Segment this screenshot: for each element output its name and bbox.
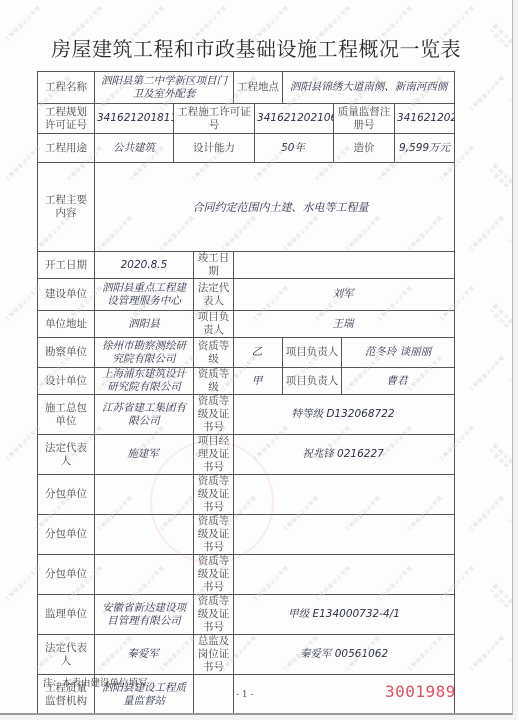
watermark-text: 工程信息公示专用 xyxy=(467,354,506,393)
watermark-text: 工程信息公示专用 xyxy=(487,438,513,470)
row-dates: 开工日期 2020.8.5 竣工日期 xyxy=(38,252,455,279)
label-unit-address: 单位地址 xyxy=(38,311,95,338)
value-gc-manager-cert: 祝兆锋 0216227 xyxy=(234,435,455,475)
value-construction-permit: 341621202106010101 xyxy=(255,104,334,134)
value-survey-unit: 徐州市勘察测绘研究院有限公司 xyxy=(95,338,194,368)
watermark-text: 工程信息公示专用 xyxy=(487,298,513,330)
watermark-text: 工程信息公示专用 xyxy=(506,376,513,420)
label-planning-permit: 工程规划许可证号 xyxy=(38,104,95,134)
label-subcontractor-3: 分包单位 xyxy=(38,555,95,595)
label-survey-grade: 资质等级 xyxy=(194,338,234,368)
serial-number: 3001989 xyxy=(385,682,456,701)
value-general-contractor: 江苏省建工集团有限公司 xyxy=(95,395,194,435)
value-survey-grade: 乙 xyxy=(234,338,283,368)
watermark-text: 工程信息公示专用 xyxy=(506,96,513,140)
value-subcontractor-1-cert xyxy=(234,475,455,515)
value-quality-registration: 3416212020201 xyxy=(395,104,455,134)
watermark-text: 工程信息公示专用 xyxy=(467,214,506,253)
label-supervision-unit: 监理单位 xyxy=(38,595,95,635)
label-general-contractor: 施工总包单位 xyxy=(38,395,95,435)
row-subcontractor-2: 分包单位 资质等级及证书号 xyxy=(38,515,455,555)
label-completion-date: 竣工日期 xyxy=(194,252,234,279)
watermark-text: 工程信息公示专用 xyxy=(506,236,513,280)
document-page: 房屋建筑工程和市政基础设施工程概况一览表 工程名称 泗阳县第二中学新区项目门卫及… xyxy=(0,0,513,715)
row-unit-address: 单位地址 泗阳县 项目负责人 王瑞 xyxy=(38,311,455,338)
watermark-text: 工程信息公示专用 xyxy=(467,74,506,113)
label-supervision-grade-cert: 资质等级及证书号 xyxy=(194,595,234,635)
value-owner-project-lead: 王瑞 xyxy=(234,311,455,338)
watermark-text: 工程信息公示专用 xyxy=(467,494,506,533)
label-construction-permit: 工程施工许可证号 xyxy=(174,104,255,134)
value-start-date: 2020.8.5 xyxy=(95,252,194,279)
value-design-capacity: 50年 xyxy=(255,134,334,163)
blank-cell xyxy=(194,675,234,715)
page-number: - 1 - xyxy=(236,690,254,700)
value-main-content: 合同约定范围内土建、水电等工程量 xyxy=(95,163,455,252)
value-supervision-grade-cert: 甲级 E134000732-4/1 xyxy=(234,595,455,635)
value-supervision-unit: 安徽省新达建设项目管理有限公司 xyxy=(95,595,194,635)
watermark-text: 工程信息公示专用 xyxy=(467,634,506,673)
watermark-text: 工程信息公示专用 xyxy=(506,516,513,560)
value-completion-date xyxy=(234,252,455,279)
watermark-text: 工程信息公示专用 xyxy=(487,578,513,610)
watermark-text: 工程信息公示专用 xyxy=(487,158,513,190)
label-start-date: 开工日期 xyxy=(38,252,95,279)
watermark-text: 工程信息公示专用 xyxy=(506,656,513,700)
label-subcontractor-1-cert: 资质等级及证书号 xyxy=(194,475,234,515)
value-unit-address: 泗阳县 xyxy=(95,311,194,338)
row-main-content: 工程主要内容 合同约定范围内土建、水电等工程量 xyxy=(38,163,455,252)
footnote: 注：本表由建设单位填写 xyxy=(43,675,148,689)
row-supervision-unit: 监理单位 安徽省新达建设项目管理有限公司 资质等级及证书号 甲级 E134000… xyxy=(38,595,455,635)
